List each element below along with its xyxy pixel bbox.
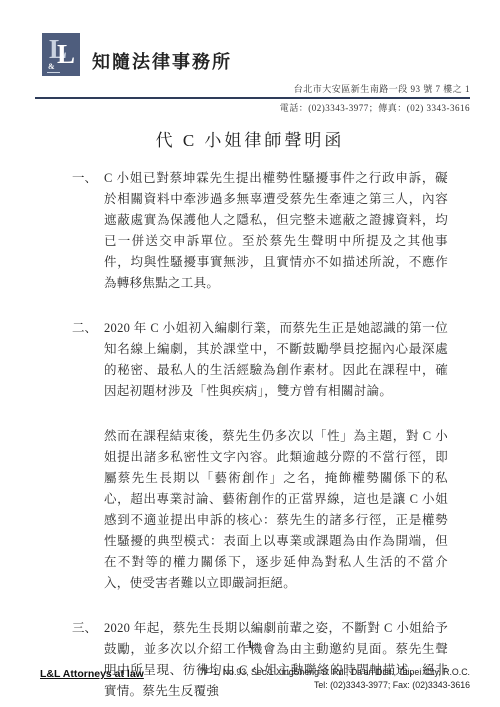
- document-title: 代 C 小姐律師聲明函: [0, 126, 500, 151]
- paragraph-2-label: 二、: [72, 318, 104, 402]
- paragraph-2-text: 2020 年 C 小姐初入編劇行業，而蔡先生正是她認識的第一位知名線上編劇，其於…: [104, 318, 448, 402]
- page-footer: L&L Attorneys at law 7F-1, No.93, Sec.1 …: [40, 666, 470, 693]
- letterhead: L L & 知隨法律事務所 台北市大安區新生南路一段 93 號 7 樓之 1 電…: [0, 0, 500, 114]
- footer-contact: 7F-1, No.93, Sec.1 XingSheng S. Rd., Da'…: [200, 666, 470, 693]
- header-phone: 電話：(02)3343-3977；傳真：(02) 3343-3616: [42, 101, 470, 114]
- logo-letter-l2: L: [57, 38, 75, 70]
- footer-tel-fax: Tel: (02)3343-3977; Fax: (02)3343-3616: [200, 679, 470, 693]
- document-page: L L & 知隨法律事務所 台北市大安區新生南路一段 93 號 7 樓之 1 電…: [0, 0, 500, 707]
- paragraph-1-text: C 小姐已對蔡坤霖先生提出權勢性騷擾事件之行政申訴，礙於相關資料中牽涉過多無辜遭…: [104, 168, 448, 294]
- firm-logo-icon: L L &: [42, 33, 80, 76]
- firm-name: 知隨法律事務所: [92, 48, 232, 76]
- header-address: 台北市大安區新生南路一段 93 號 7 樓之 1: [42, 82, 470, 95]
- logo-underline: [47, 72, 60, 73]
- header-divider: [35, 97, 470, 99]
- logo-ampersand: &: [48, 62, 55, 71]
- paragraph-1-label: 一、: [72, 168, 104, 294]
- footer-address: 7F-1, No.93, Sec.1 XingSheng S. Rd., Da'…: [200, 666, 470, 680]
- brand-row: L L & 知隨法律事務所: [42, 33, 470, 76]
- document-body: 一、 C 小姐已對蔡坤霖先生提出權勢性騷擾事件之行政申訴，礙於相關資料中牽涉過多…: [0, 151, 500, 702]
- paragraph-2-continuation-text: 然而在課程結束後，蔡先生仍多次以「性」為主題，對 C 小姐提出諸多私密性文字內容…: [104, 426, 448, 594]
- paragraph-2-continuation: 然而在課程結束後，蔡先生仍多次以「性」為主題，對 C 小姐提出諸多私密性文字內容…: [72, 426, 448, 594]
- paragraph-1: 一、 C 小姐已對蔡坤霖先生提出權勢性騷擾事件之行政申訴，礙於相關資料中牽涉過多…: [72, 168, 448, 294]
- footer-firm-name: L&L Attorneys at law: [40, 666, 144, 680]
- paragraph-2-continuation-label: [72, 426, 104, 594]
- paragraph-2: 二、 2020 年 C 小姐初入編劇行業，而蔡先生正是她認識的第一位知名線上編劇…: [72, 318, 448, 402]
- page-number: 1: [0, 639, 500, 651]
